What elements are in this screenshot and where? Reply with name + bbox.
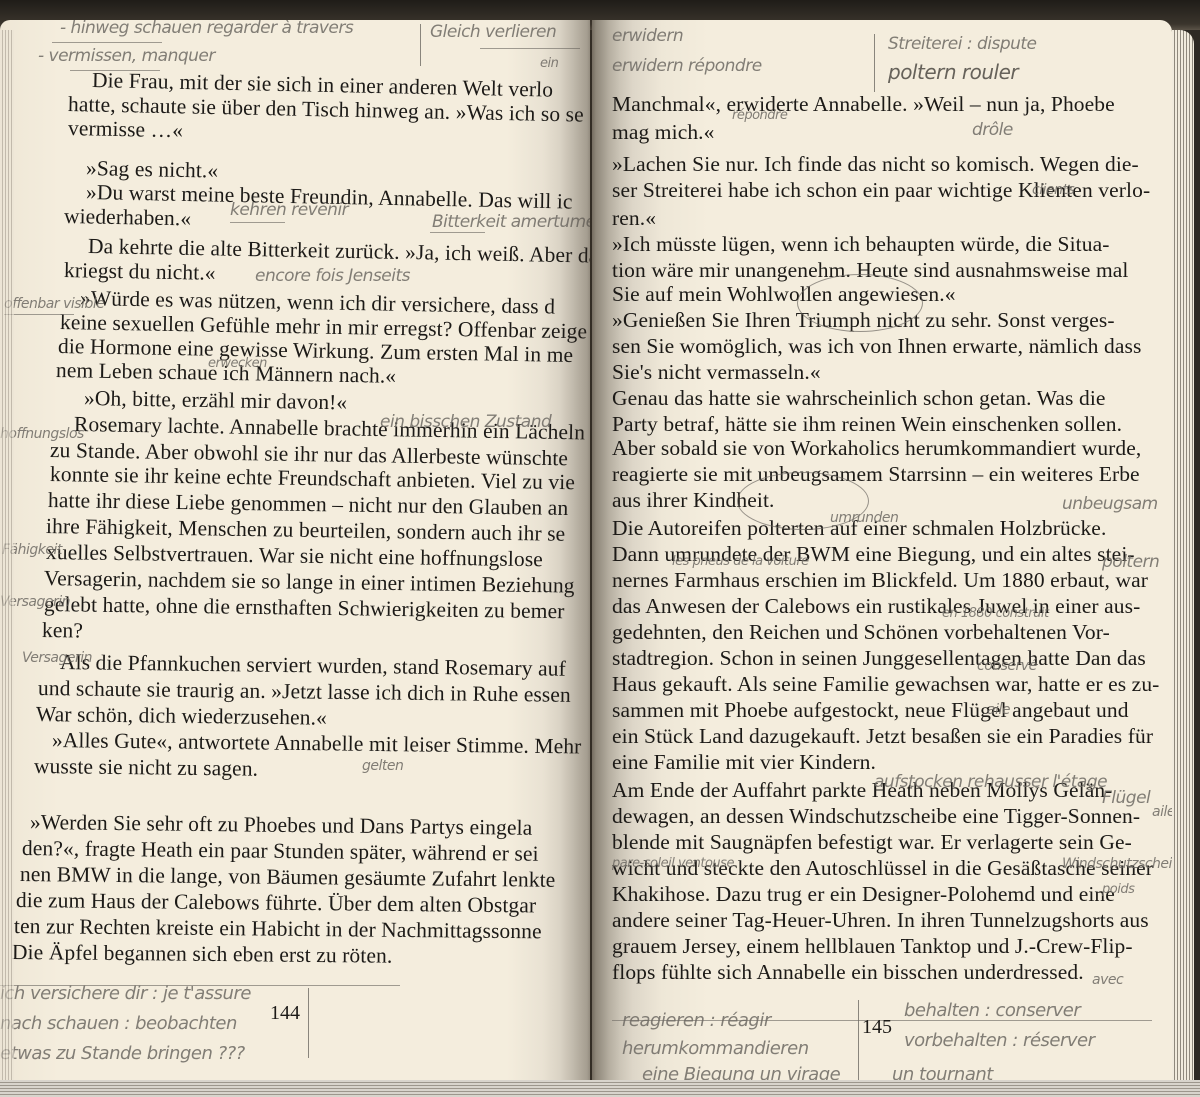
annotation: Streiterei : dispute [888, 34, 1037, 54]
text-line: Haus gekauft. Als seine Familie gewachse… [612, 672, 1160, 696]
text-line: ten zur Rechten kreiste ein Habicht in d… [14, 914, 542, 943]
annotation: ein bisschen Zustand [380, 412, 551, 432]
annotation: nach schauen : beobachten [0, 1013, 237, 1034]
text-line: den?«, fragte Heath ein paar Stunden spä… [22, 836, 539, 866]
annotation: répondre [732, 108, 787, 123]
annotation: Flügel [1102, 788, 1150, 808]
text-line: nen BMW in die lange, von Bäumen gesäumt… [20, 862, 556, 892]
text-line: Aber sobald sie von Workaholics herumkom… [612, 436, 1160, 460]
text-line: gelebt hatte, ohne die ernsthaften Schwi… [44, 592, 565, 623]
annotation: conservé [977, 658, 1037, 674]
page-number: 145 [862, 1016, 892, 1039]
text-line: Sie's nicht vermasseln.« [612, 360, 1160, 384]
annotation: ein [540, 56, 558, 71]
annotation: ich versichere dir : je t'assure [0, 983, 251, 1004]
annotation: reagieren : réagir [622, 1010, 771, 1031]
annotation: encore fois Jenseits [255, 266, 410, 286]
text-line: sammen mit Phoebe aufgestockt, neue Flüg… [612, 698, 1160, 722]
text-line: sen Sie womöglich, was ich von Ihnen erw… [612, 334, 1160, 358]
annotation: unbeugsam [1062, 494, 1158, 514]
text-line: nernes Farmhaus erschien im Blickfeld. U… [612, 568, 1160, 592]
left-page: Die Frau, mit der sie sich in einer ande… [0, 20, 590, 1082]
pencil-divider [308, 988, 309, 1058]
annotation: - vermissen, manquer [38, 46, 215, 66]
right-page: Manchmal«, erwiderte Annabelle. »Weil – … [592, 20, 1172, 1082]
text-line: grauem Jersey, einem hellblauen Tanktop … [612, 934, 1160, 958]
text-line: andere seiner Tag-Heuer-Uhren. In ihren … [612, 908, 1160, 932]
annotation: behalten : conserver [904, 1000, 1080, 1021]
annotation: aile [1152, 804, 1172, 820]
text-line: die zum Haus der Calebows führte. Über d… [16, 888, 536, 917]
right-page-edges [1172, 30, 1194, 1082]
page-stack-bottom [0, 1080, 1200, 1097]
annotation: aufstocken rehausser l'étage [874, 772, 1107, 792]
text-line: flops fühlte sich Annabelle ein bisschen… [612, 960, 1160, 984]
pencil-underline [52, 42, 162, 43]
text-line: »Sag es nicht.« [86, 156, 219, 183]
text-line: stadtregion. Schon in seinen Junggeselle… [612, 646, 1160, 670]
text-line: ren.« [612, 206, 1160, 230]
annotation: Versagerin [22, 650, 92, 666]
pencil-underline [430, 232, 485, 233]
text-line: Manchmal«, erwiderte Annabelle. »Weil – … [612, 92, 1160, 116]
annotation: erwecken [208, 356, 267, 371]
text-line: »Werden Sie sehr oft zu Phoebes und Dans… [30, 810, 533, 840]
annotation: les pneus de la voiture [672, 554, 809, 569]
annotation: pare-soleil ventouse [612, 856, 734, 871]
annotation: avec [1092, 972, 1123, 988]
left-page-edges [0, 30, 14, 1080]
text-line: gedehnten, den Reichen und Schönen vorbe… [612, 620, 1160, 644]
text-line: blende mit Saugnäpfen befestigt war. Er … [612, 830, 1160, 854]
annotation: poltern rouler [888, 60, 1018, 84]
annotation: offenbar visible [4, 296, 104, 312]
annotation: - hinweg schauen regarder à travers [60, 20, 353, 38]
annotation: clients [1032, 182, 1074, 198]
annotation: en 1880 construit [942, 606, 1049, 621]
annotation: erwidern répondre [612, 56, 762, 76]
text-line: ser Streiterei habe ich schon ein paar w… [612, 178, 1160, 202]
text-line: wiederhaben.« [64, 204, 192, 230]
annotation: erwidern [612, 26, 683, 46]
text-line: Khakihose. Dazu trug er ein Designer-Pol… [612, 882, 1160, 906]
pencil-underline [480, 48, 580, 49]
text-line: Als die Pfannkuchen serviert wurden, sta… [60, 650, 566, 681]
text-line: dewagen, an dessen Windschutzscheibe ein… [612, 804, 1160, 828]
text-line: Party betraf, hätte sie ihm reinen Wein … [612, 412, 1160, 436]
annotation: kehren revenir [230, 200, 348, 220]
annotation: poids [1102, 882, 1134, 897]
text-line: mag mich.« [612, 120, 1160, 144]
text-line: kriegst du nicht.« [64, 258, 216, 285]
pencil-divider [420, 24, 421, 66]
text-line: Genau das hatte sie wahrscheinlich schon… [612, 386, 1160, 410]
annotation: Gleich verlieren [430, 22, 556, 42]
text-line: vermisse …« [68, 116, 184, 142]
annotation: aile [987, 702, 1010, 718]
annotation: herumkommandieren [622, 1038, 809, 1059]
pencil-underline [230, 222, 285, 223]
annotation: vorbehalten : réserver [904, 1030, 1095, 1051]
text-line: War schön, dich wiederzusehen.« [36, 702, 327, 730]
annotation: drôle [972, 120, 1013, 140]
annotation: Bitterkeit amertume [432, 212, 590, 232]
annotation: Windschutzscheibe [1062, 856, 1172, 872]
text-line: reagierte sie mit unbeugsamem Starrsinn … [612, 462, 1160, 486]
text-line: »Alles Gute«, antwortete Annabelle mit l… [52, 728, 582, 758]
text-line: »Oh, bitte, erzähl mir davon!« [84, 386, 348, 414]
text-line: »Ich müsste lügen, wenn ich behaupten wü… [612, 232, 1160, 256]
pencil-circle [797, 274, 923, 332]
pencil-bracket [874, 34, 875, 92]
annotation: umrunden [830, 510, 898, 526]
pencil-underline [70, 70, 160, 71]
text-line: Die Äpfel begannen sich eben erst zu röt… [12, 940, 393, 968]
page-number: 144 [270, 1002, 300, 1025]
text-line: eine Familie mit vier Kindern. [612, 750, 1160, 774]
text-line: ken? [42, 618, 83, 643]
annotation: gelten [362, 758, 403, 774]
annotation: poltern [1102, 552, 1159, 572]
annotation: etwas zu Stande bringen ??? [0, 1043, 245, 1064]
text-line: das Anwesen der Calebows ein rustikales … [612, 594, 1160, 618]
pencil-underline [4, 314, 74, 315]
text-line: ein Stück Land dazugekauft. Jetzt besaße… [612, 724, 1160, 748]
text-line: »Lachen Sie nur. Ich finde das nicht so … [612, 152, 1160, 176]
text-line: wusste sie nicht zu sagen. [34, 754, 258, 781]
pencil-divider [858, 1000, 859, 1082]
